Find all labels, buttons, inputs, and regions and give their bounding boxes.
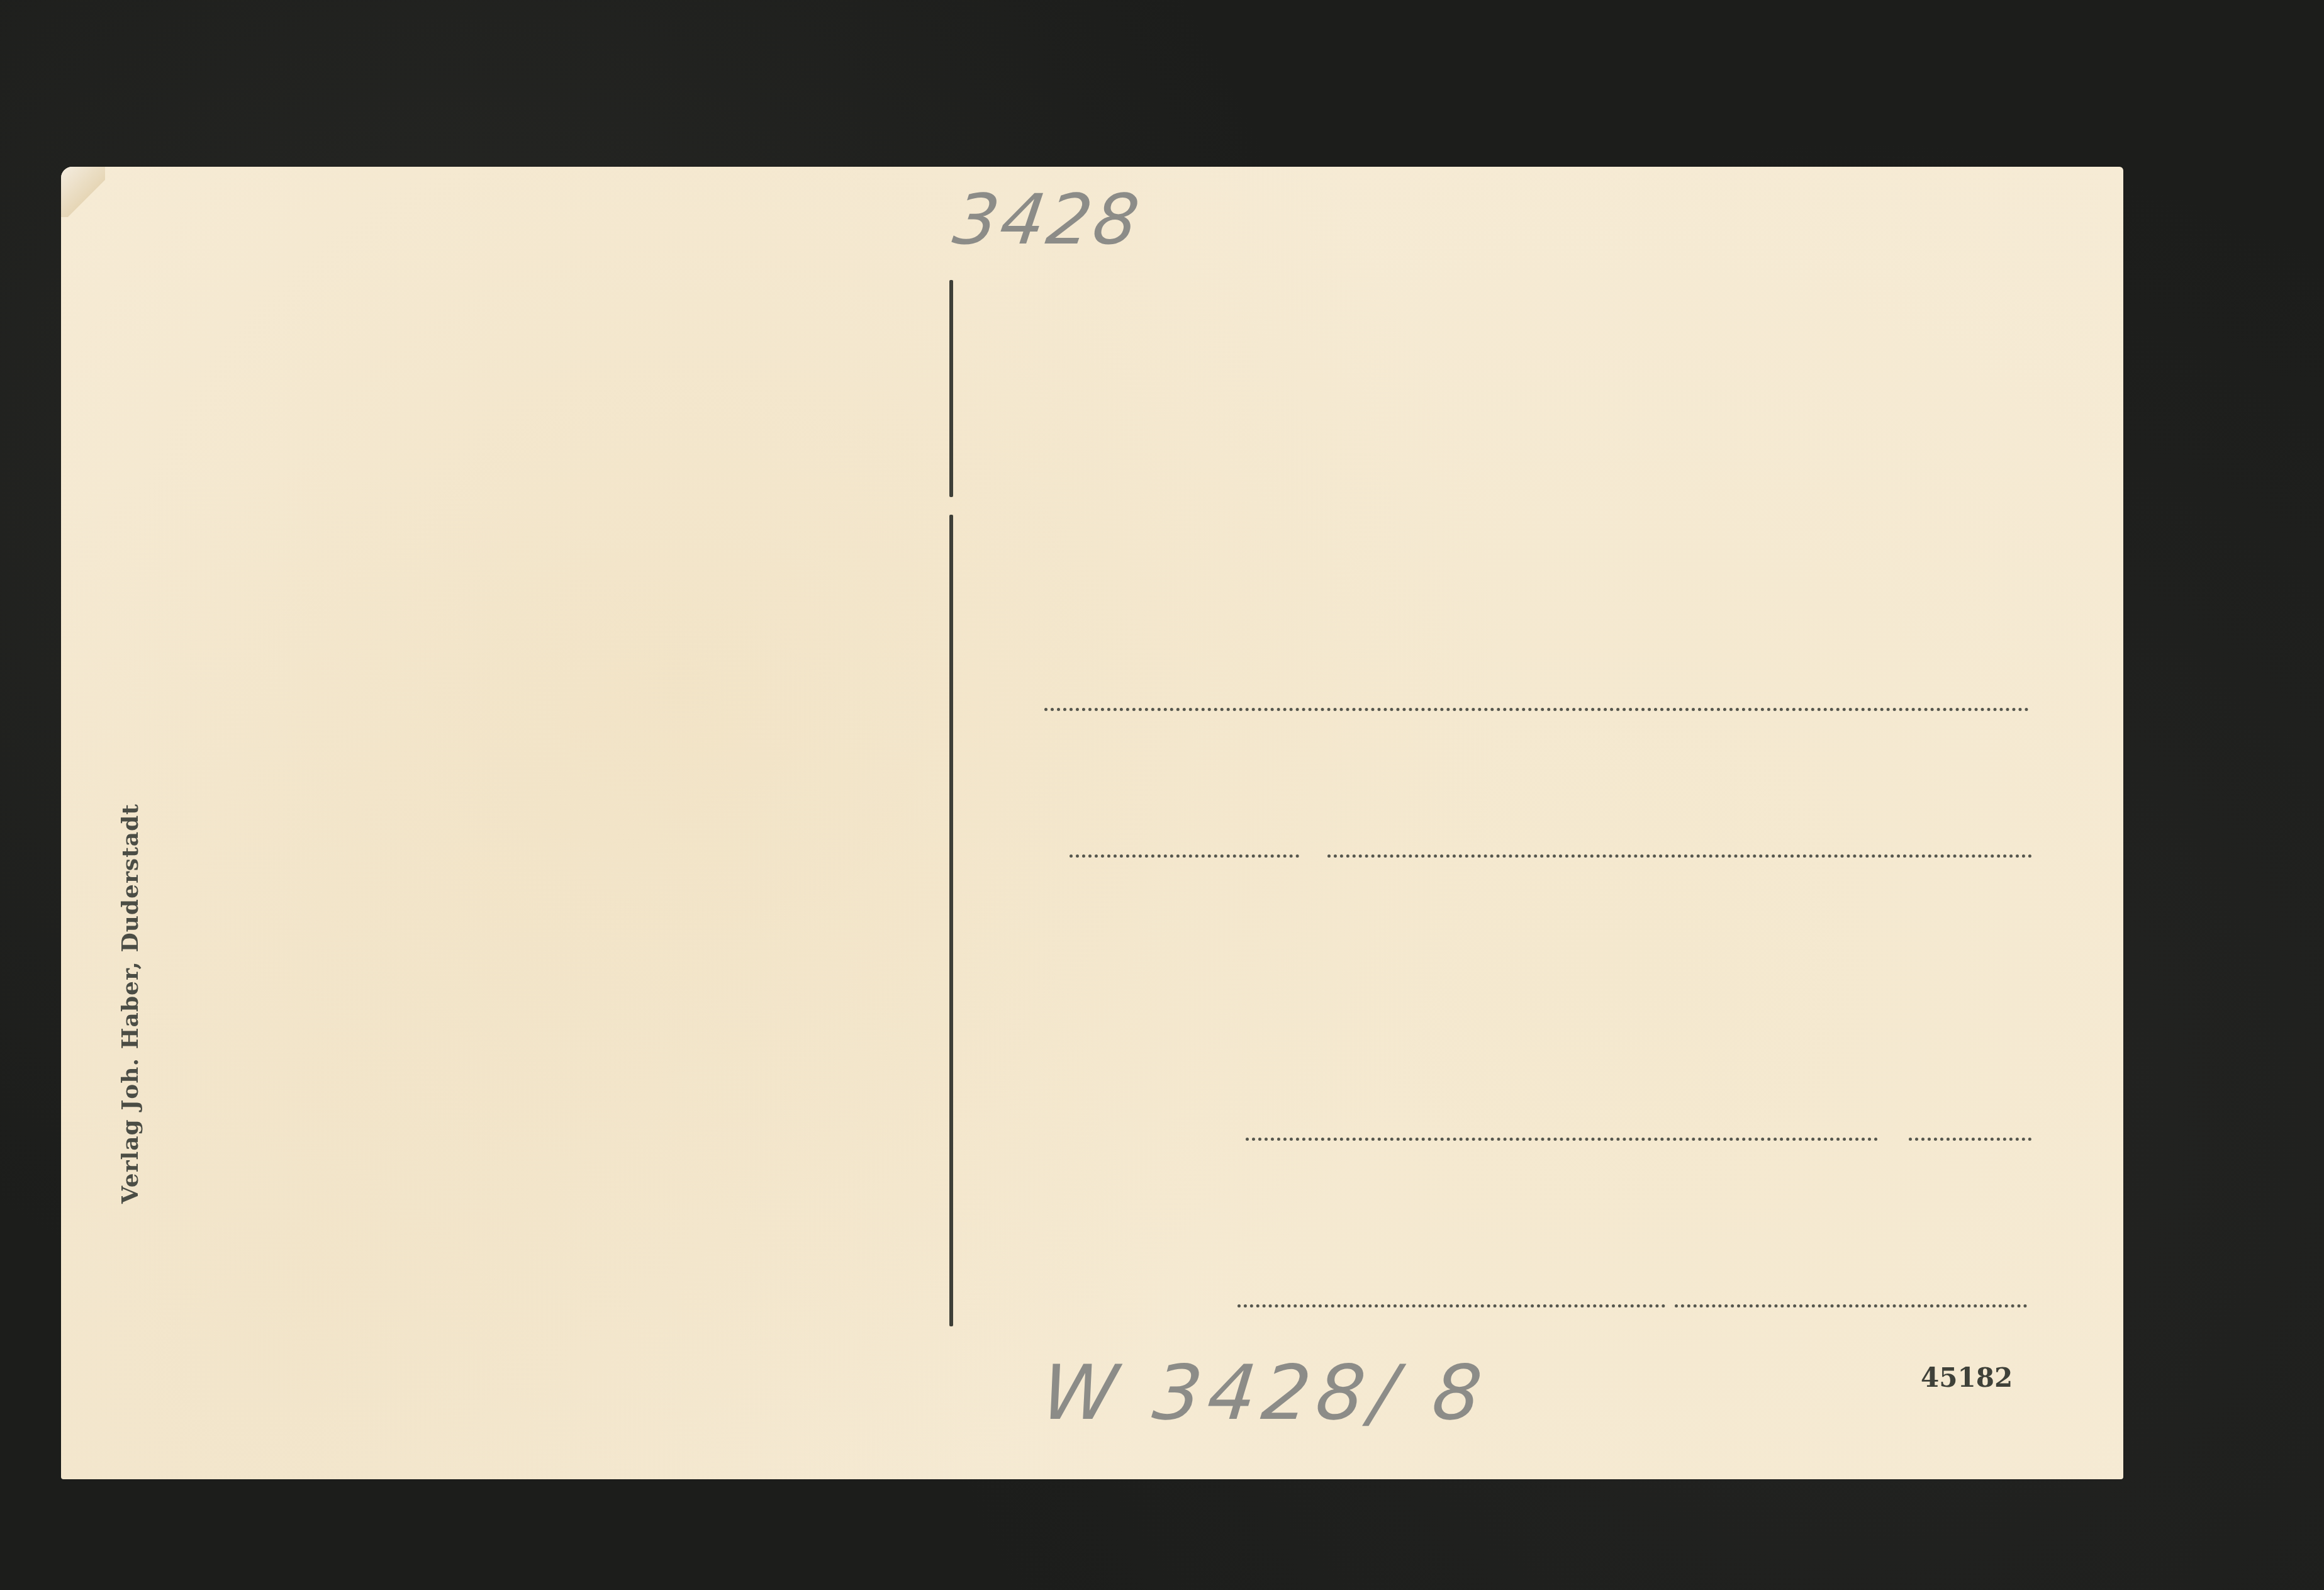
handwritten-archive-number: W 3428/ 8 [1038,1350,1492,1437]
publisher-imprint: Verlag Joh. Haber, Duderstadt [117,803,143,1204]
print-number: 45182 [1921,1362,2013,1393]
address-line-4b [1675,1304,2027,1307]
address-line-4a [1237,1304,1665,1307]
address-line-2b [1327,854,2032,858]
address-line-1 [1044,708,2029,711]
center-divider-upper [949,280,953,497]
address-line-3a [1246,1138,1878,1141]
center-divider-lower [949,515,953,1326]
address-line-3b [1909,1138,2031,1141]
folded-corner [61,167,105,217]
handwritten-number-top: 3428 [949,179,1146,260]
address-line-2a [1070,854,1299,858]
postcard-back: 3428 Verlag Joh. Haber, Duderstadt W 342… [61,167,2123,1479]
